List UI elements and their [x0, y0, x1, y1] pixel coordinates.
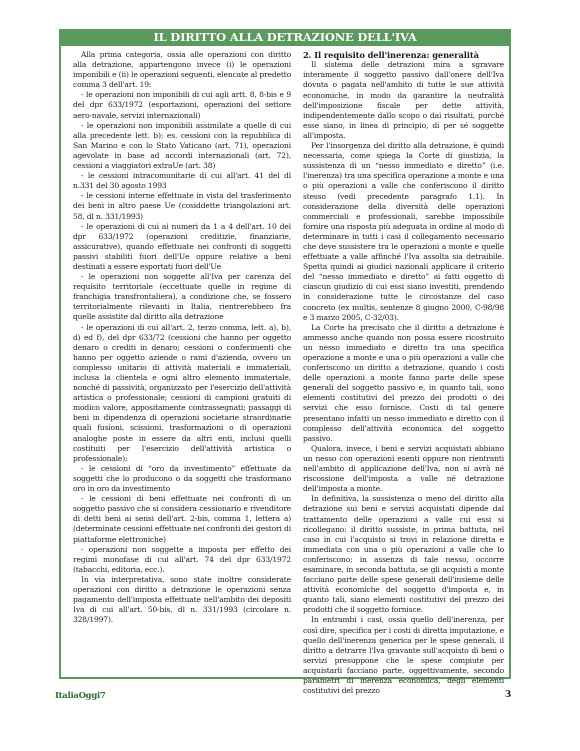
list-item: - le cessioni interne effettuate in vist… [73, 191, 291, 221]
left-column: Alla prima categoria, ossia alle operazi… [73, 50, 291, 625]
paragraph: In definitiva, la sussistenza o meno del… [303, 494, 504, 615]
publication-logo: ItaliaOggi7 [55, 691, 106, 701]
list-item: - le operazioni di cui ai numeri da 1 a … [73, 222, 291, 272]
paragraph: La Corte ha precisato che il diritto a d… [303, 323, 504, 444]
right-column: 2. Il requisito dell'inerenza: generalit… [303, 50, 504, 696]
list-item: - le cessioni di beni effettuate nei con… [73, 494, 291, 544]
section-heading: 2. Il requisito dell'inerenza: generalit… [303, 50, 504, 60]
list-item: - le cessioni intracomunitarie di cui al… [73, 171, 291, 191]
list-item: - le cessioni di “oro da investimento” e… [73, 464, 291, 494]
paragraph: Qualora, invece, i beni e servizi acquis… [303, 444, 504, 494]
section-title: IL DIRITTO ALLA DETRAZIONE DELL'IVA [59, 29, 511, 46]
list-item: - le operazioni non imponibili assimilat… [73, 121, 291, 171]
paragraph: Per l'insorgenza del diritto alla detraz… [303, 141, 504, 323]
paragraph: In via interpretativa, sono state inoltr… [73, 575, 291, 625]
page-number: 3 [505, 690, 511, 700]
list-item: - le operazioni non imponibili di cui ag… [73, 90, 291, 120]
list-item: - le operazioni non soggette all'Iva per… [73, 272, 291, 322]
paragraph: Il sistema delle detrazioni mira a sgrav… [303, 60, 504, 141]
paragraph: Alla prima categoria, ossia alle operazi… [73, 50, 291, 90]
list-item: - le operazioni di cui all'art. 2, terzo… [73, 323, 291, 464]
paragraph: In entrambi i casi, ossia quello dell'in… [303, 615, 504, 696]
list-item: - operazioni non soggette a imposta per … [73, 545, 291, 575]
